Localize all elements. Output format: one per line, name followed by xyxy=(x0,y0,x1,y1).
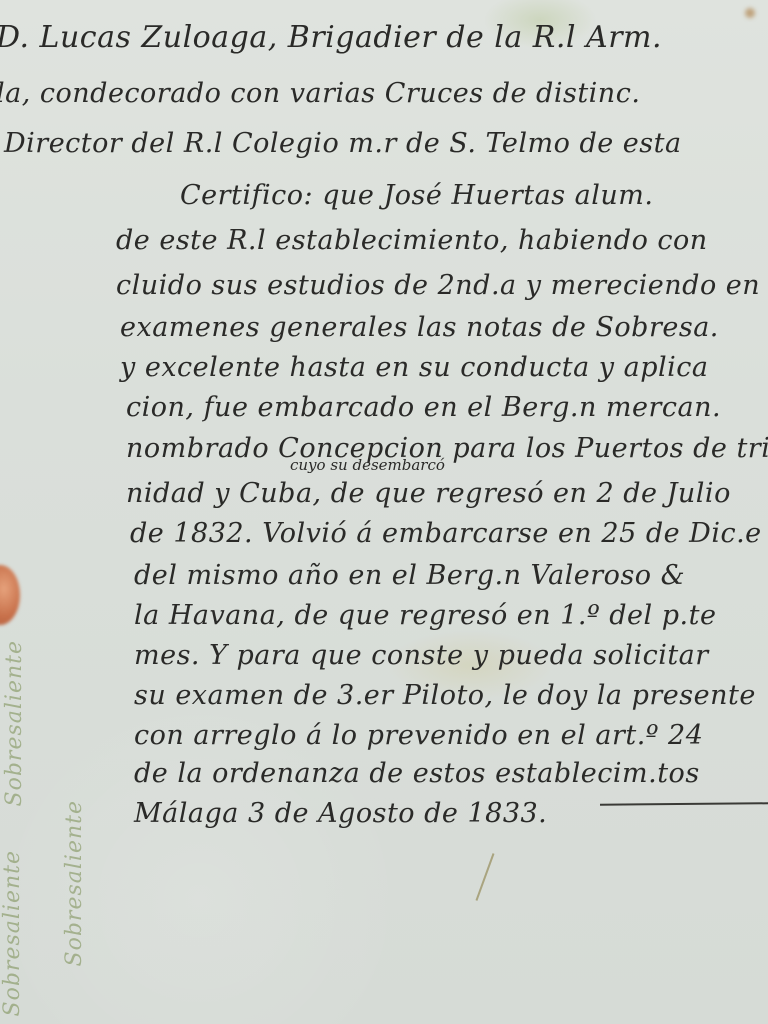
bleed-through-text: Sobresaliente xyxy=(62,800,87,966)
manuscript-line: la, condecorado con varias Cruces de dis… xyxy=(0,78,640,109)
manuscript-line: examenes generales las notas de Sobresa. xyxy=(120,312,719,343)
bleed-through-text: Sobresaliente xyxy=(0,850,25,1016)
manuscript-line: del mismo año en el Berg.n Valeroso & xyxy=(134,560,685,591)
manuscript-line: con arreglo á lo prevenido en el art.º 2… xyxy=(134,720,703,751)
ink-stain xyxy=(745,8,755,18)
bleed-through-text: Sobresaliente xyxy=(2,640,27,806)
manuscript-line: cion, fue embarcado en el Berg.n mercan. xyxy=(126,392,721,423)
manuscript-line: la Havana, de que regresó en 1.º del p.t… xyxy=(134,600,716,631)
manuscript-line: D. Lucas Zuloaga, Brigadier de la R.l Ar… xyxy=(0,20,662,55)
manuscript-line: Director del R.l Colegio m.r de S. Telmo… xyxy=(4,128,682,159)
manuscript-line: su examen de 3.er Piloto, le doy la pres… xyxy=(134,680,756,711)
manuscript-line: cluido sus estudios de 2nd.a y mereciend… xyxy=(116,270,768,301)
manuscript-line: mes. Y para que conste y pueda solicitar xyxy=(134,640,709,671)
date-line: Málaga 3 de Agosto de 1833. xyxy=(134,798,547,829)
manuscript-line: de la ordenanza de estos establecim.tos xyxy=(134,758,700,789)
manuscript-line: y excelente hasta en su conducta y aplic… xyxy=(120,352,709,383)
manuscript-line: de este R.l establecimiento, habiendo co… xyxy=(116,225,708,256)
manuscript-line: nombrado Concepcion para los Puertos de … xyxy=(126,433,768,464)
manuscript-line: de 1832. Volvió á embarcarse en 25 de Di… xyxy=(130,518,762,549)
manuscript-line: Certifico: que José Huertas alum. xyxy=(180,180,653,211)
manuscript-line: nidad y Cuba, de que regresó en 2 de Jul… xyxy=(126,478,731,509)
interlinear-insert: cuyo su desembarcó xyxy=(290,456,445,474)
